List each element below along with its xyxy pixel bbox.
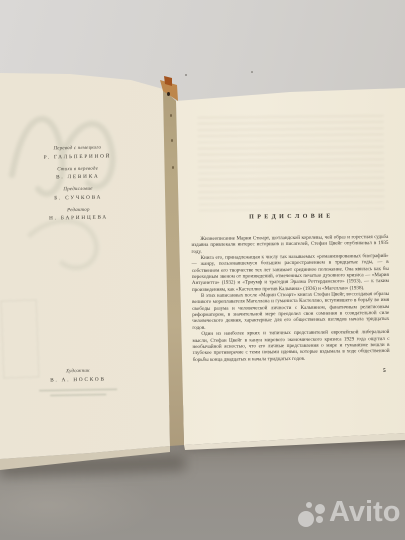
wall-speck	[185, 74, 187, 76]
credit-preface-author: Предисловие Б. СУЧКОВА	[18, 186, 138, 202]
avito-watermark-label: Avito	[329, 495, 400, 529]
binding-stitch-dot	[172, 166, 174, 169]
credit-translator: Перевод с немецкого Р. ГАЛЬПЕРИНОЙ	[17, 145, 137, 161]
credit-name: Р. ГАЛЬПЕРИНОЙ	[17, 152, 137, 160]
artist-name: В. А. НОСКОВ	[18, 375, 138, 383]
imprint-showthrough-line	[39, 388, 117, 392]
avito-watermark: Avito	[293, 496, 403, 532]
credit-name: Н. БАРИНЦЕВА	[18, 214, 138, 222]
preface-paragraph: В этих написанных после «Марии Стюарт» к…	[192, 291, 389, 331]
binding-stitch-dot	[171, 139, 173, 142]
avito-logo-dot-icon	[298, 511, 314, 527]
artist-label: Художник	[18, 368, 138, 375]
preface-heading: ПРЕДИСЛОВИЕ	[191, 213, 388, 221]
text-showthrough	[198, 115, 385, 211]
preface-paragraph: Книга его, принадлежащая к числу так наз…	[192, 253, 389, 293]
surface-highlight	[0, 470, 160, 540]
avito-logo-dot-icon	[316, 516, 323, 523]
credit-verse-translator: Стихи в переводе В. ЛЕВИКА	[18, 165, 138, 181]
preface-paragraph: Жизнеописание Марии Стюарт, шотландской …	[191, 234, 388, 255]
credits-block: Перевод с немецкого Р. ГАЛЬПЕРИНОЙ Стихи…	[17, 145, 138, 229]
avito-logo-dot-icon	[306, 502, 312, 508]
credit-name: В. ЛЕВИКА	[18, 173, 138, 181]
credit-role: Предисловие	[18, 186, 138, 193]
credit-role: Редактор	[18, 206, 138, 213]
preface-content: ПРЕДИСЛОВИЕ Жизнеописание Марии Стюарт, …	[191, 213, 390, 376]
artist-block: Художник В. А. НОСКОВ	[18, 368, 138, 397]
credit-role: Перевод с немецкого	[17, 145, 137, 152]
credit-editor: Редактор Н. БАРИНЦЕВА	[18, 206, 138, 222]
preface-paragraph: Один из наиболее ярких и типичных предст…	[192, 329, 389, 363]
book-photo: Перевод с немецкого Р. ГАЛЬПЕРИНОЙ Стихи…	[0, 0, 405, 540]
binding-stitch-dot	[170, 114, 172, 117]
wall-speck	[251, 71, 253, 73]
credit-role: Стихи в переводе	[18, 165, 138, 172]
credit-name: Б. СУЧКОВА	[18, 193, 138, 201]
ornament-showthrough	[1, 299, 40, 378]
avito-logo-dot-icon	[315, 504, 326, 515]
